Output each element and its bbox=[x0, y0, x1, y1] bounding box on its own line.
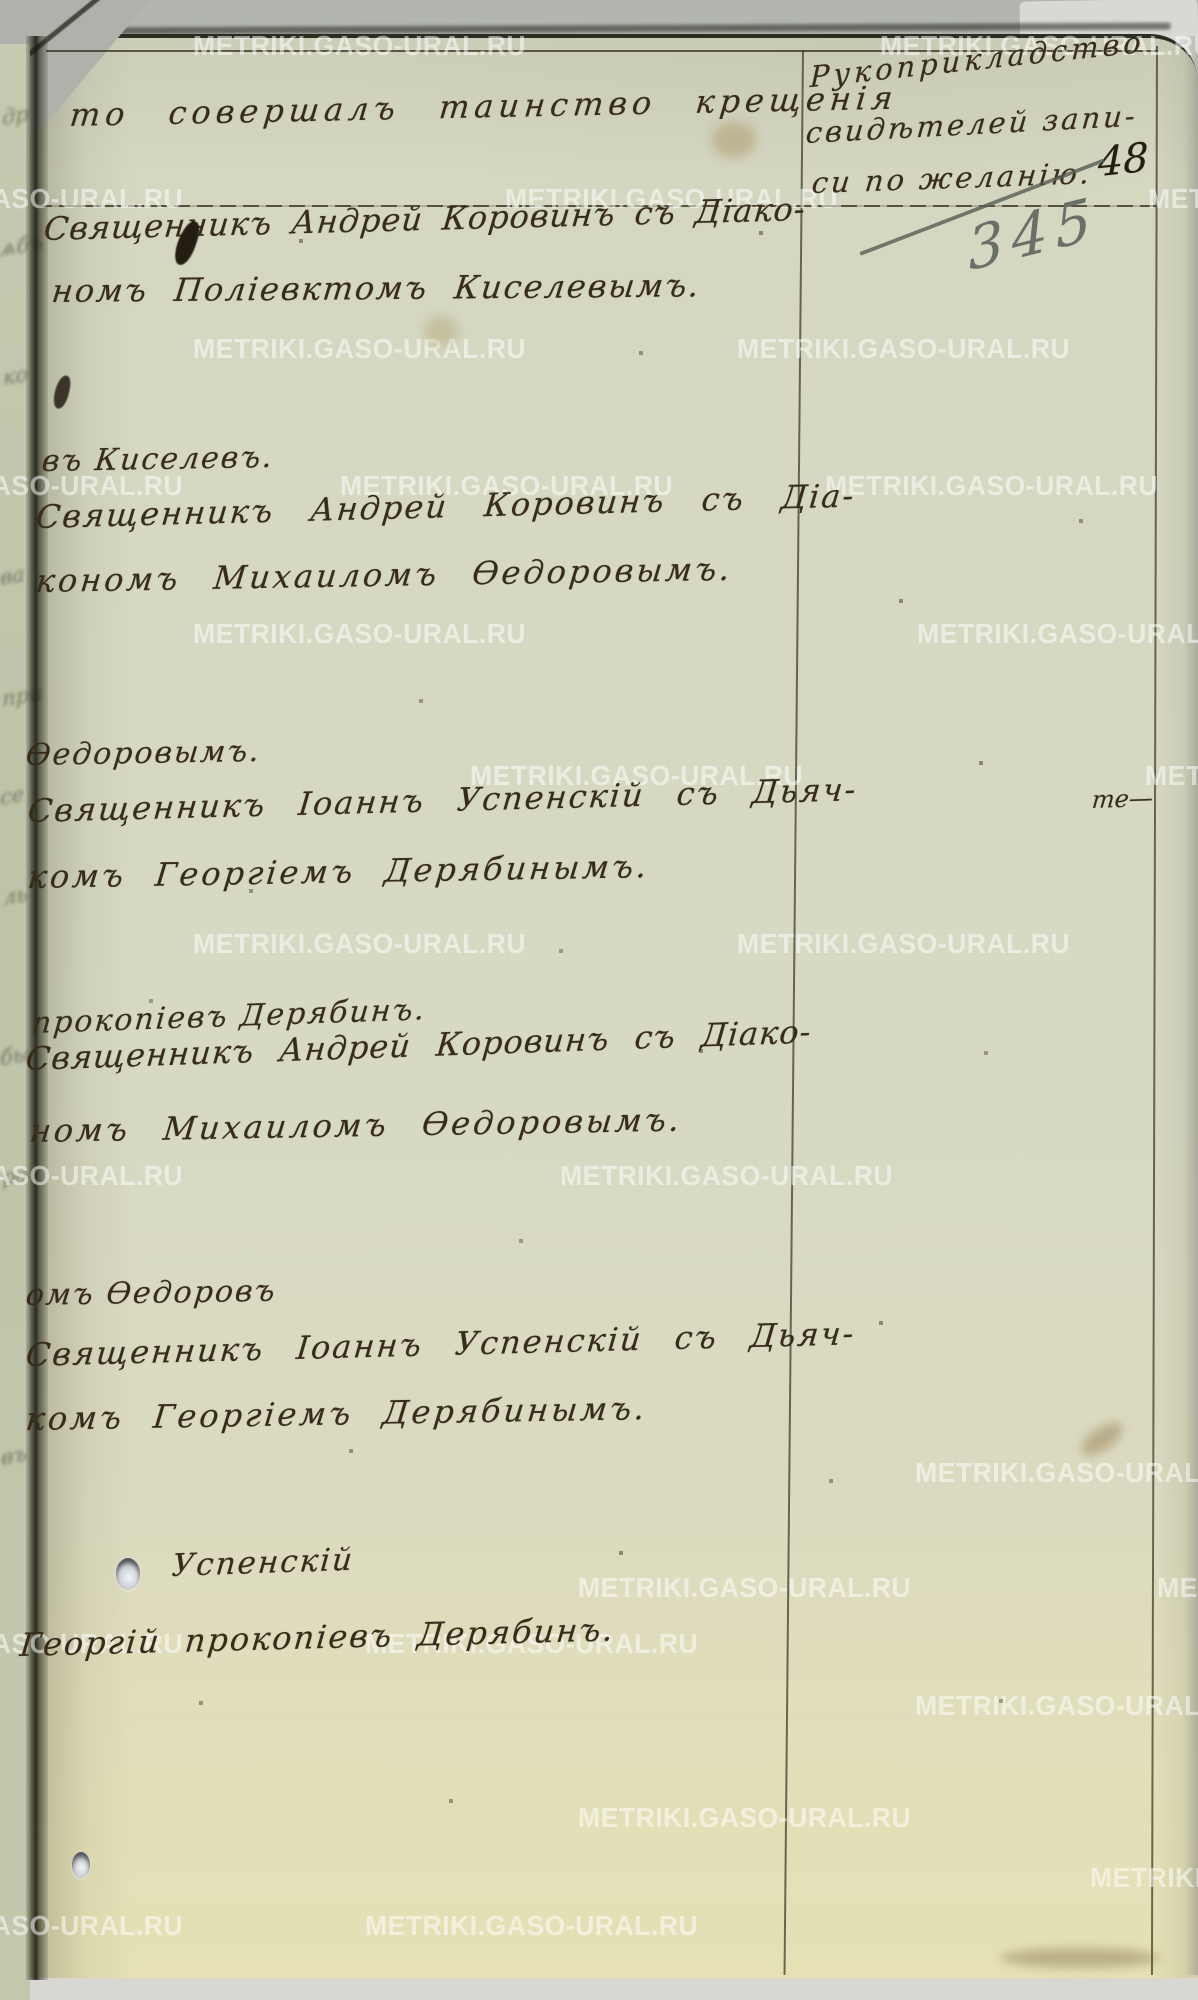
bleedthrough-text: въ bbox=[1, 1442, 28, 1471]
carryover-line: въ Киселевъ. bbox=[40, 440, 276, 479]
bleedthrough-text: ва bbox=[0, 562, 25, 591]
watermark-text: METRIKI.GASO-URAL.RU bbox=[365, 1910, 698, 1942]
continuation-fragment: те— bbox=[1091, 784, 1154, 814]
watermark-text: METRIKI.GASO-URAL.RU bbox=[915, 1457, 1198, 1489]
watermark-text: METRIKI.GASO-URAL.RU bbox=[0, 1910, 183, 1942]
watermark-text: METRIKI.GASO-URAL.RU bbox=[915, 1690, 1198, 1722]
watermark-text: METRIKI.GASO-URAL.RU bbox=[825, 470, 1158, 502]
paper-speckles bbox=[0, 0, 2, 2]
bleedthrough-text: ко bbox=[3, 362, 29, 391]
bleedthrough-text: др bbox=[2, 102, 29, 131]
watermark-text: METRIKI.GASO-URAL.RU bbox=[193, 618, 526, 650]
watermark-text: METRIKI.GASO-URAL.RU bbox=[1157, 1572, 1198, 1604]
page-number: 48 bbox=[1098, 135, 1149, 187]
page-right-edge bbox=[1184, 36, 1198, 1975]
entry-line: номъ Поліевктомъ Киселевымъ. bbox=[50, 266, 703, 310]
stain bbox=[424, 316, 458, 346]
paper-hole bbox=[72, 1852, 90, 1878]
watermark-text: METRIKI.GASO-URAL.RU bbox=[917, 618, 1198, 650]
carryover-line: омъ Ѳедоровъ bbox=[24, 1274, 278, 1313]
watermark-text: METRIKI.GASO-URAL.RU bbox=[1148, 183, 1198, 215]
watermark-text: METRIKI.GASO-URAL.RU bbox=[737, 333, 1070, 365]
watermark-text: METRIKI.GASO-URAL.RU bbox=[578, 1802, 911, 1834]
carryover-line: Ѳедоровымъ. bbox=[24, 734, 263, 773]
stain bbox=[1000, 1948, 1160, 1968]
watermark-text: METRIKI.GASO-URAL.RU bbox=[737, 928, 1070, 960]
watermark-text: METRIKI.GASO-URAL.RU bbox=[193, 928, 526, 960]
bleedthrough-text: ль bbox=[3, 882, 28, 911]
watermark-text: METRIKI.GASO-URAL.RU bbox=[0, 1160, 183, 1192]
watermark-text: METRIKI.GASO-URAL.RU bbox=[578, 1572, 911, 1604]
watermark-text: METRIKI.GASO-URAL.RU bbox=[193, 333, 526, 365]
watermark-text: METRIKI.GASO-URAL.RU bbox=[560, 1160, 893, 1192]
watermark-text: METRIKI.GASO-URAL.RU bbox=[1090, 1862, 1198, 1894]
scan-background-bottom bbox=[0, 1978, 1198, 2000]
archival-scan-page: др ѧбъ ко ва при се ль бы ра въ METRIKI.… bbox=[0, 0, 1198, 2000]
paper-hole bbox=[116, 1558, 140, 1590]
bleedthrough-text: се bbox=[0, 782, 24, 810]
stain bbox=[712, 122, 756, 158]
watermark-text: METRIKI.GASO-URAL.RU bbox=[193, 30, 526, 62]
carryover-line: Успенскій bbox=[170, 1542, 355, 1584]
